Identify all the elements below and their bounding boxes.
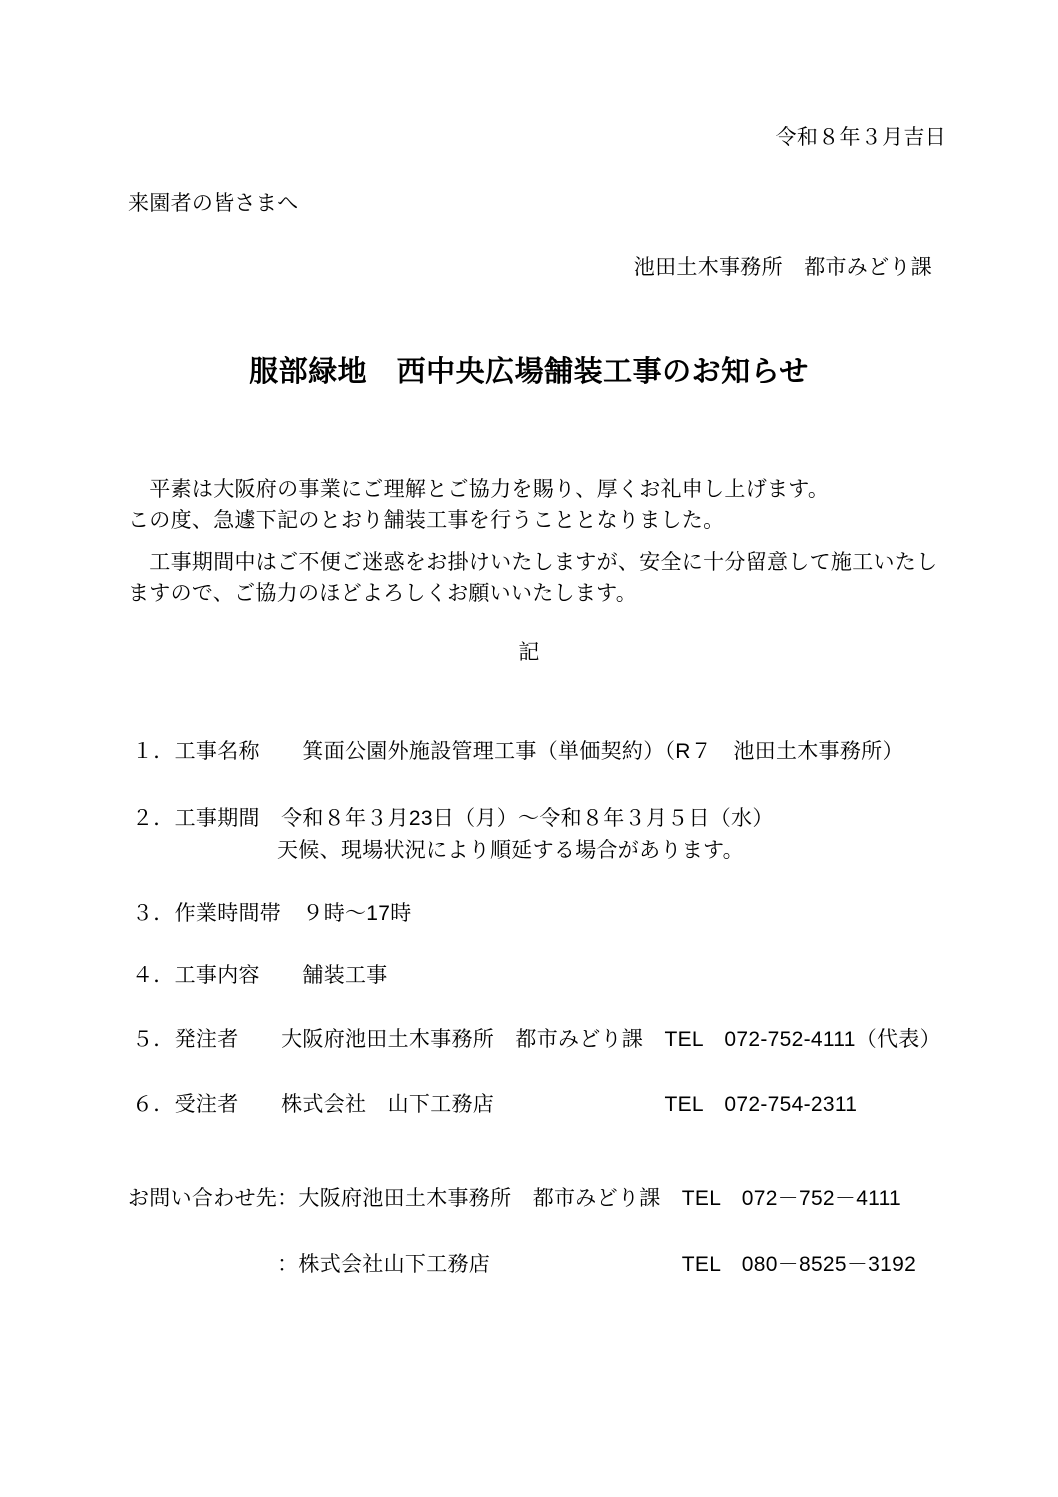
notice-title: 服部緑地 西中央広場舗装工事のお知らせ xyxy=(0,360,1058,384)
item-contractor: ６．受注者 株式会社 山下工務店 TEL 072-754-2311 xyxy=(132,1093,857,1117)
contact-line-office: お問い合わせ先：大阪府池田土木事務所 都市みどり課 TEL 072－752－41… xyxy=(128,1187,901,1211)
record-marker: 記 xyxy=(0,641,1058,665)
addressee-line: 来園者の皆さまへ xyxy=(128,192,298,216)
item-construction-content: ４．工事内容 舗装工事 xyxy=(132,964,388,988)
item-working-hours: ３．作業時間帯 ９時～17時 xyxy=(132,902,412,926)
item-construction-name: １．工事名称 箕面公園外施設管理工事（単価契約）（R７ 池田土木事務所） xyxy=(132,740,904,764)
document-date: 令和８年３月吉日 xyxy=(776,126,946,150)
item-construction-period: ２．工事期間 令和８年３月23日（月）～令和８年３月５日（水） xyxy=(132,807,774,831)
body-paragraph-line-1: 平素は大阪府の事業にご理解とご協力を賜り、厚くお礼申し上げます。 xyxy=(128,478,829,502)
issuing-department: 池田土木事務所 都市みどり課 xyxy=(634,256,932,280)
body-paragraph-line-3: 工事期間中はご不便ご迷惑をお掛けいたしますが、安全に十分留意して施工いたし xyxy=(128,551,937,575)
contact-line-contractor: ：株式会社山下工務店 TEL 080－8525－3192 xyxy=(128,1253,916,1277)
item-construction-period-note: 天候、現場状況により順延する場合があります。 xyxy=(277,839,744,863)
document-page: 令和８年３月吉日 来園者の皆さまへ 池田土木事務所 都市みどり課 服部緑地 西中… xyxy=(0,0,1058,1497)
item-orderer: ５．発注者 大阪府池田土木事務所 都市みどり課 TEL 072-752-4111… xyxy=(132,1028,941,1052)
body-paragraph-line-2: この度、急遽下記のとおり舗装工事を行うこととなりました。 xyxy=(128,509,724,533)
body-paragraph-line-4: ますので、ご協力のほどよろしくお願いいたします。 xyxy=(128,582,637,606)
